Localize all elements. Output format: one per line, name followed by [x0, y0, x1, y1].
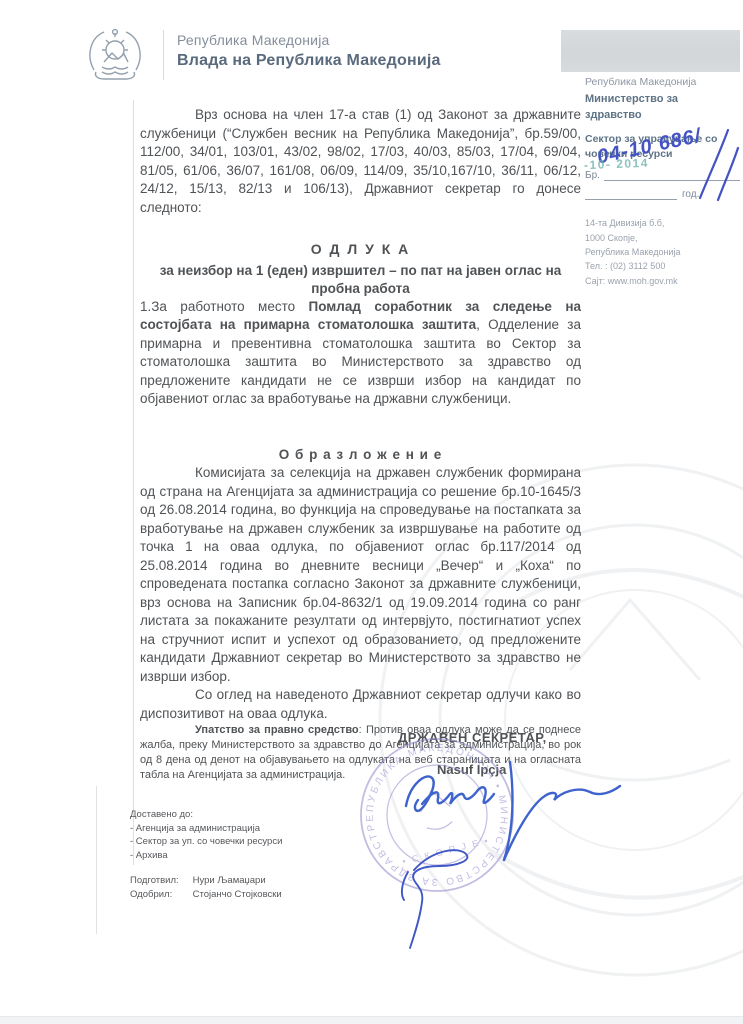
rationale-heading: О б р а з л о ж е н и е	[140, 446, 581, 465]
header-country: Република Македонија	[177, 33, 441, 47]
fold-line	[96, 786, 97, 934]
date-ink-stamp: -10- 2014	[584, 156, 649, 172]
delivered-item: - Архива	[130, 849, 282, 863]
approved-name: Стојанчо Стојковски	[193, 888, 282, 902]
address-street: 14-та Дивизија б.б,	[585, 216, 740, 230]
coat-of-arms-logo	[84, 26, 146, 84]
legal-remedy-label: Упатство за правно средство	[195, 724, 359, 736]
prepared-name: Нури Љамаџари	[193, 874, 266, 888]
date-blank-line	[585, 188, 677, 200]
prepared-by-row: Подготвил: Нури Љамаџари	[130, 874, 282, 888]
rationale-paragraph-1: Комисијата за селекција на државен служб…	[140, 464, 581, 686]
header-text: Република Македонија Влада на Република …	[177, 33, 441, 69]
approved-by-row: Одобрил: Стојанчо Стојковски	[130, 888, 282, 902]
letterhead-country: Република Македонија	[585, 76, 740, 88]
header-government: Влада на Република Македонија	[177, 53, 441, 69]
header-divider	[163, 30, 164, 80]
rationale-paragraph-2: Со оглед на наведеното Државниот секрета…	[140, 686, 581, 723]
address-country: Република Македонија	[585, 245, 740, 259]
decision-subtitle: за неизбор на 1 (еден) извршител – по па…	[156, 262, 566, 298]
handwritten-slash-strokes	[688, 126, 743, 206]
decision-item-1: 1.За работното место Помлад соработник з…	[140, 298, 581, 409]
decision-title: О Д Л У К А	[140, 240, 581, 259]
scan-edge	[0, 1016, 743, 1024]
letterhead-ministry: Министерство за здравство	[585, 92, 703, 124]
item1-prefix: 1.За работното место	[140, 299, 309, 314]
address-city: 1000 Скопје,	[585, 231, 740, 245]
address-site: Сајт: www.moh.gov.mk	[585, 274, 740, 288]
letterhead-address: 14-та Дивизија б.б, 1000 Скопје, Републи…	[585, 216, 740, 288]
delivered-item: - Сектор за уп. со човечки ресурси	[130, 835, 282, 849]
delivered-label: Доставено до:	[130, 808, 282, 822]
redacted-stamp-box	[561, 30, 740, 72]
preparer-signature-ink	[362, 838, 502, 953]
distribution-block: Доставено до: - Агенција за администраци…	[130, 808, 282, 901]
fold-line	[133, 100, 134, 865]
address-phone: Тел. : (02) 3112 500	[585, 259, 740, 273]
scanned-document-page: Република Македонија Влада на Република …	[0, 0, 743, 1024]
delivered-item: - Агенција за администрација	[130, 822, 282, 836]
intro-paragraph: Врз основа на член 17-а став (1) од Зако…	[140, 106, 581, 217]
document-body: Врз основа на член 17-а став (1) од Зако…	[140, 106, 581, 783]
prepared-label: Подготвил:	[130, 874, 190, 888]
approved-label: Одобрил:	[130, 888, 190, 902]
